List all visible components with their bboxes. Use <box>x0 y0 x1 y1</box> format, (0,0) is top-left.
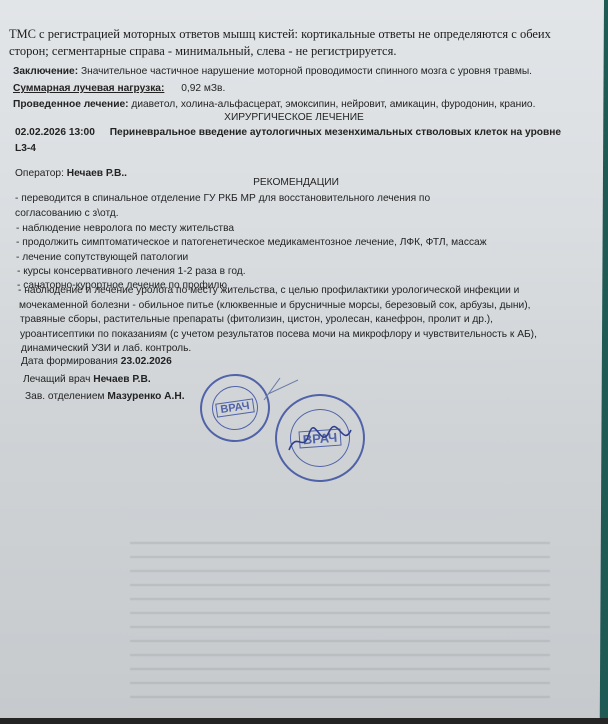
radiation-label: Суммарная лучевая нагрузка: <box>13 83 164 94</box>
signature-icon <box>285 420 355 460</box>
bleed-through-text <box>130 530 550 710</box>
recommendation-item: - лечение сопутствующей патологии <box>16 252 188 263</box>
head-label: Зав. отделением <box>25 391 105 402</box>
conclusion-label: Заключение: <box>13 66 78 77</box>
surgery-datetime: 02.02.2026 13:00 <box>15 127 95 138</box>
tms-line-1: ТМС с регистрацией моторных ответов мышц… <box>9 27 551 42</box>
surgery-description: Периневральное введение аутологичных мез… <box>110 127 561 138</box>
recommendations-heading: РЕКОМЕНДАЦИИ <box>0 177 600 188</box>
recommendation-item: - продолжить симптоматическое и патогене… <box>16 237 487 248</box>
head-name: Мазуренко А.Н. <box>107 391 184 402</box>
attending-doctor: Лечащий врач Нечаев Р.В. <box>23 374 151 385</box>
recommendation-item: - наблюдение невролога по месту жительст… <box>16 223 234 234</box>
doctor-name: Нечаев Р.В. <box>93 374 150 385</box>
treatment-text: диаветол, холина-альфасцерат, эмоксипин,… <box>131 99 535 110</box>
conclusion: Заключение: Значительное частичное наруш… <box>13 66 532 77</box>
formation-date: Дата формирования 23.02.2026 <box>21 356 172 367</box>
conclusion-text: Значительное частичное нарушение моторно… <box>81 66 532 77</box>
urology-line: динамический УЗИ и лаб. контроль. <box>21 343 191 354</box>
doctor-label: Лечащий врач <box>23 374 90 385</box>
treatment-label: Проведенное лечение: <box>13 99 129 110</box>
radiation-dose: Суммарная лучевая нагрузка: 0,92 мЗв. <box>13 83 225 94</box>
surgical-heading: ХИРУРГИЧЕСКОЕ ЛЕЧЕНИЕ <box>0 112 598 123</box>
date-label: Дата формирования <box>21 356 118 367</box>
urology-line: мочекаменной болезни - обильное питье (к… <box>19 300 530 311</box>
urology-line: травяные сборы, растительные препараты (… <box>20 314 493 325</box>
recommendation-item: согласованию с з\отд. <box>15 208 119 219</box>
date-value: 23.02.2026 <box>121 356 172 367</box>
recommendation-item: - курсы консервативного лечения 1-2 раза… <box>17 266 246 277</box>
radiation-value: 0,92 мЗв. <box>181 83 225 94</box>
bottom-edge <box>0 718 608 724</box>
stamp-word: ВРАЧ <box>216 398 255 417</box>
department-head: Зав. отделением Мазуренко А.Н. <box>25 391 185 402</box>
urology-line: - наблюдение и лечение уролога по месту … <box>18 285 519 296</box>
surgery-entry: 02.02.2026 13:00 Периневральное введение… <box>15 127 561 138</box>
recommendation-item: - переводится в спинальное отделение ГУ … <box>15 193 430 204</box>
treatment: Проведенное лечение: диаветол, холина-ал… <box>13 99 535 110</box>
signature-stroke <box>262 372 302 402</box>
surgery-level: L3-4 <box>15 143 36 154</box>
urology-line: уроантисептики по показаниям (с учетом р… <box>20 329 537 340</box>
tms-line-2: сторон; сегментарные справа - минимальны… <box>9 44 396 59</box>
